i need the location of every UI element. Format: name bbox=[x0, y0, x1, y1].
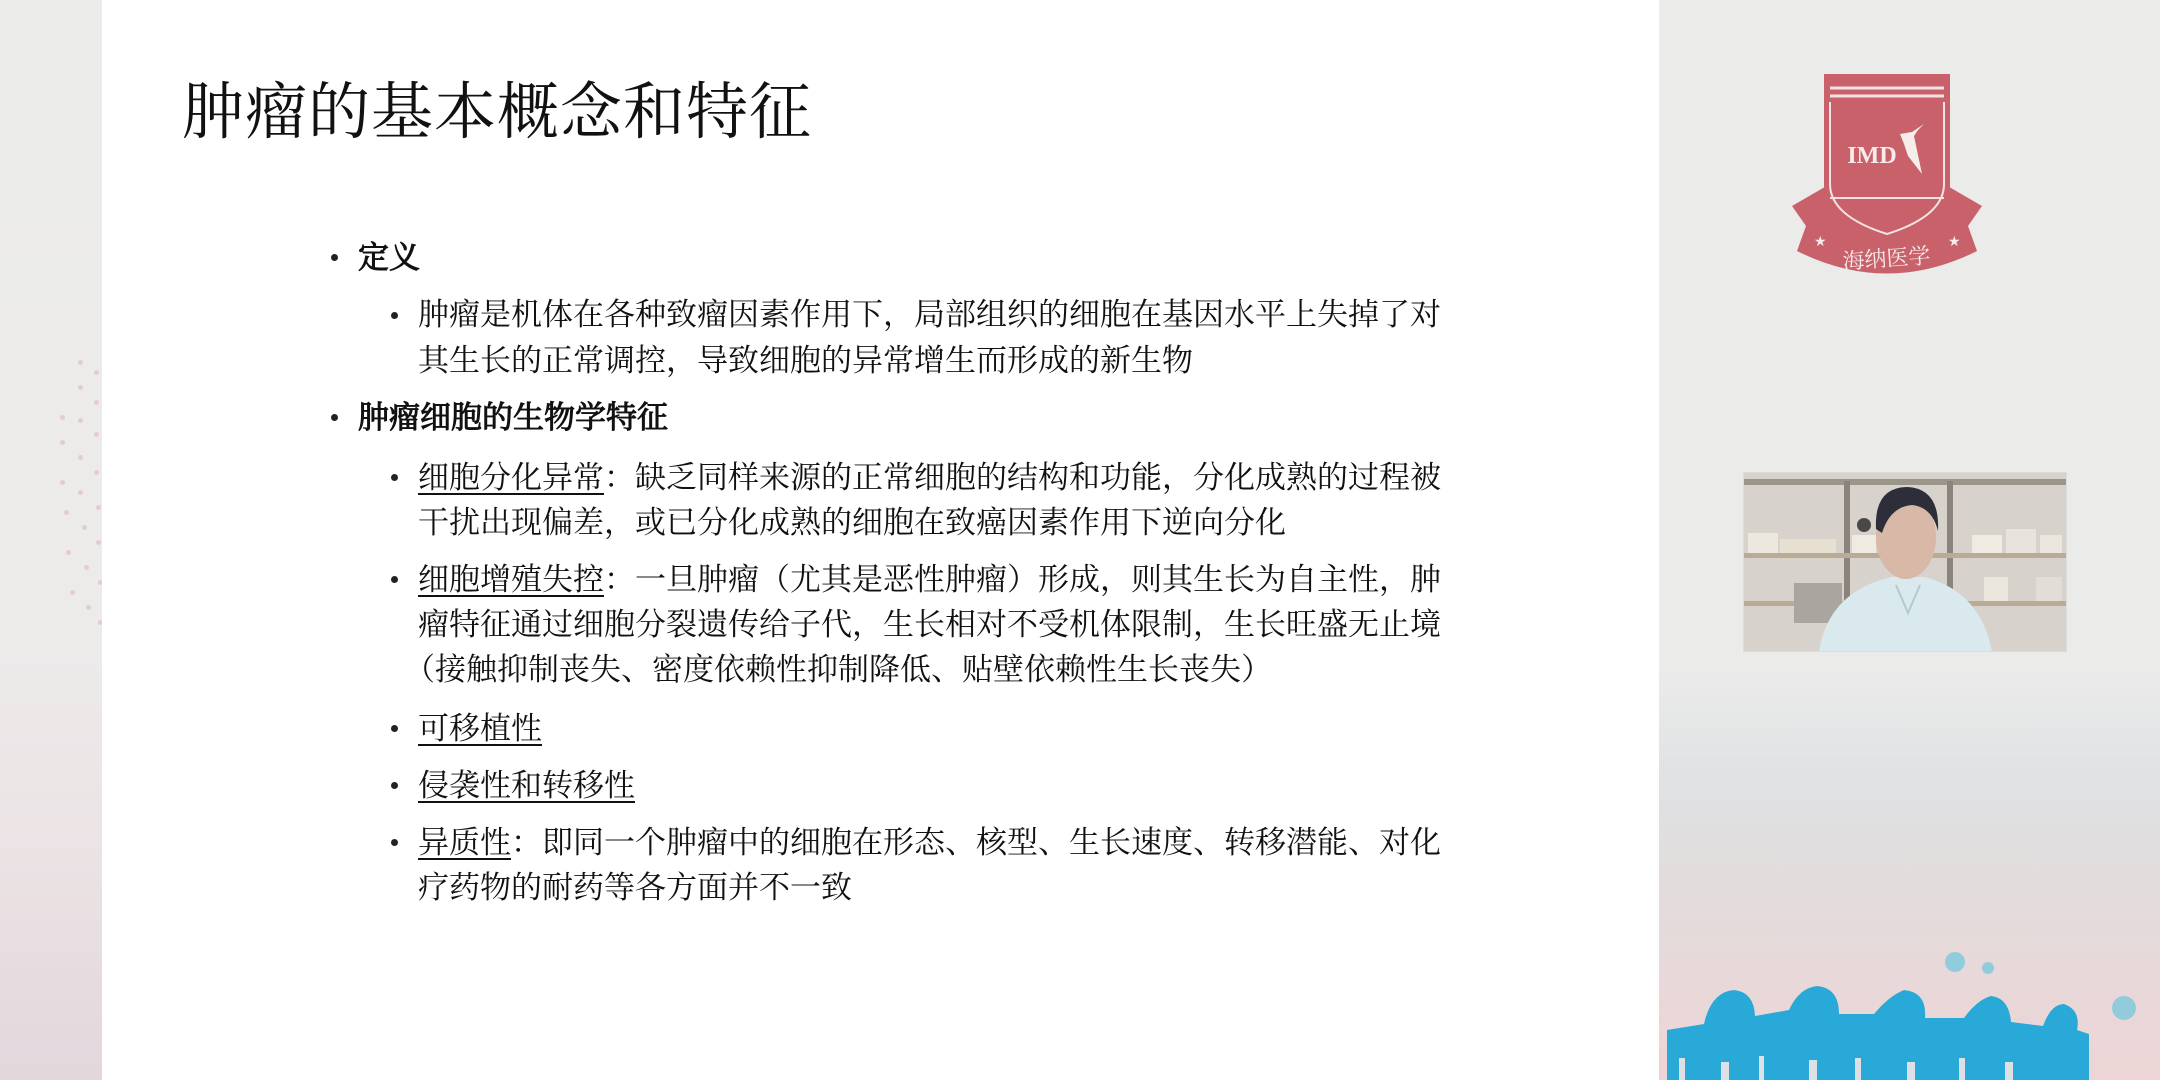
feature-transplantability: 可移植性 bbox=[418, 706, 542, 752]
slide-content: 定义 肿瘤是机体在各种致瘤因素作用下，局部组织的细胞在基因水平上失掉了对 其生长… bbox=[102, 0, 1659, 1080]
imd-logo-icon: IMD 海纳医学 ★ ★ bbox=[1772, 66, 2002, 286]
term-heterogeneity: 异质性 bbox=[418, 825, 511, 861]
left-background-gutter bbox=[0, 0, 102, 1080]
bullet-icon bbox=[331, 414, 338, 421]
bullet-icon bbox=[391, 782, 398, 789]
term-differentiation: 细胞分化异常 bbox=[418, 460, 604, 496]
feature-differentiation-line-2: 干扰出现偏差，或已分化成熟的细胞在致癌因素作用下逆向分化 bbox=[418, 500, 1286, 546]
bullet-icon bbox=[391, 474, 398, 481]
svg-text:IMD: IMD bbox=[1847, 143, 1896, 169]
feature-text: 一旦肿瘤（尤其是恶性肿瘤）形成，则其生长为自主性，肿 bbox=[635, 562, 1441, 598]
separator: ： bbox=[604, 562, 635, 598]
definition-line-2: 其生长的正常调控，导致细胞的异常增生而形成的新生物 bbox=[418, 338, 1193, 384]
definition-line-1: 肿瘤是机体在各种致瘤因素作用下，局部组织的细胞在基因水平上失掉了对 bbox=[418, 292, 1441, 338]
bullet-icon bbox=[391, 312, 398, 319]
bullet-icon bbox=[391, 725, 398, 732]
svg-text:★: ★ bbox=[1814, 234, 1827, 250]
bullet-icon bbox=[391, 839, 398, 846]
feature-proliferation: 细胞增殖失控：一旦肿瘤（尤其是恶性肿瘤）形成，则其生长为自主性，肿 bbox=[418, 557, 1441, 603]
presenter-video-image bbox=[1744, 473, 2066, 651]
term-proliferation: 细胞增殖失控 bbox=[418, 562, 604, 598]
feature-differentiation: 细胞分化异常：缺乏同样来源的正常细胞的结构和功能，分化成熟的过程被 bbox=[418, 455, 1441, 501]
presenter-video-feed[interactable] bbox=[1743, 472, 2067, 652]
bullet-icon bbox=[331, 254, 338, 261]
section-heading-biological-features: 肿瘤细胞的生物学特征 bbox=[358, 395, 668, 441]
feature-text: 缺乏同样来源的正常细胞的结构和功能，分化成熟的过程被 bbox=[635, 460, 1441, 496]
feature-proliferation-line-3: （接触抑制丧失、密度依赖性抑制降低、贴壁依赖性生长丧失） bbox=[404, 647, 1272, 693]
term-transplantability: 可移植性 bbox=[418, 711, 542, 747]
feature-text: 即同一个肿瘤中的细胞在形态、核型、生长速度、转移潜能、对化 bbox=[542, 825, 1441, 861]
presentation-slide: 肿瘤的基本概念和特征 定义 肿瘤是机体在各种致瘤因素作用下，局部组织的细胞在基因… bbox=[102, 0, 1659, 1080]
meeting-silhouette-graphic bbox=[1659, 930, 2160, 1080]
separator: ： bbox=[604, 460, 635, 496]
feature-invasion-metastasis: 侵袭性和转移性 bbox=[418, 763, 635, 809]
feature-heterogeneity: 异质性：即同一个肿瘤中的细胞在形态、核型、生长速度、转移潜能、对化 bbox=[418, 820, 1441, 866]
bullet-icon bbox=[391, 576, 398, 583]
decorative-dots bbox=[40, 340, 102, 640]
svg-text:★: ★ bbox=[1948, 234, 1961, 250]
section-heading-definition: 定义 bbox=[358, 235, 420, 281]
feature-heterogeneity-line-2: 疗药物的耐药等各方面并不一致 bbox=[418, 865, 852, 911]
feature-proliferation-line-2: 瘤特征通过细胞分裂遗传给子代，生长相对不受机体限制，生长旺盛无止境 bbox=[418, 602, 1441, 648]
separator: ： bbox=[511, 825, 542, 861]
term-invasion-metastasis: 侵袭性和转移性 bbox=[418, 768, 635, 804]
